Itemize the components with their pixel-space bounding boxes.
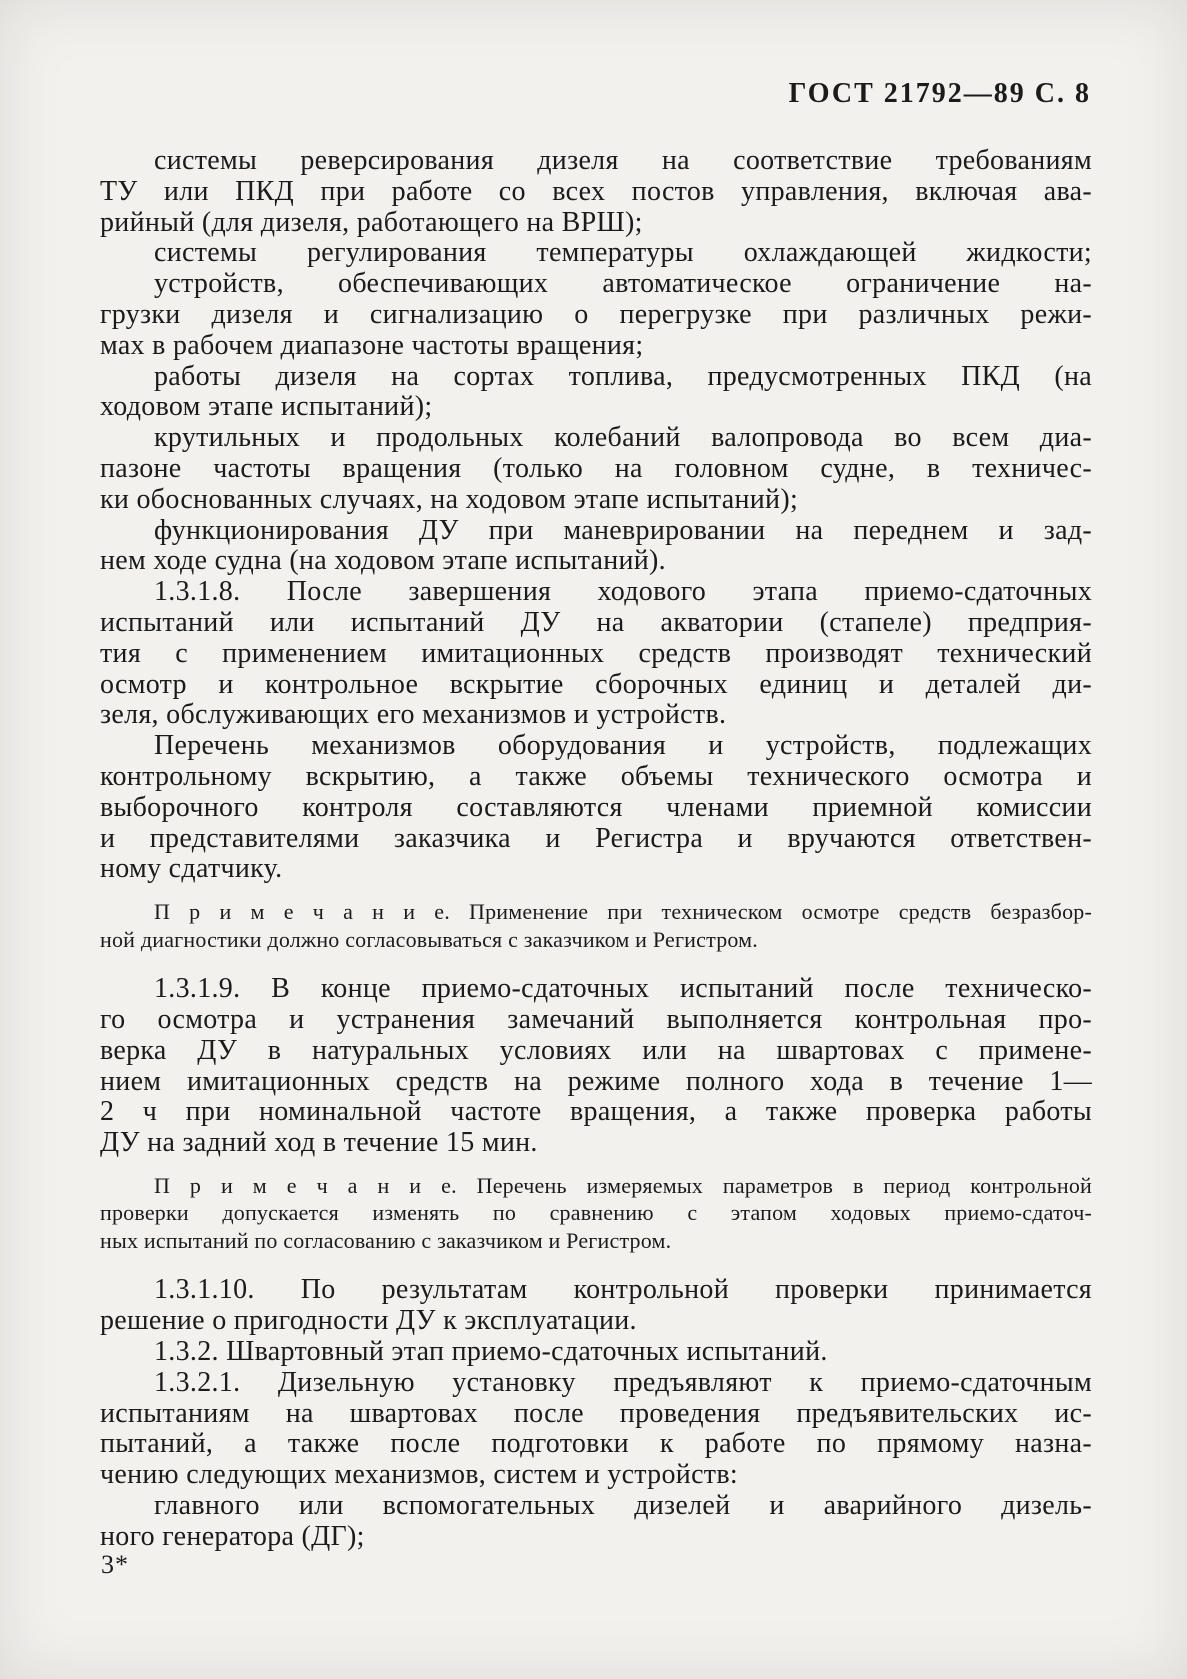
text-line: 1.3.1.9. В конце приемо-сдаточных испыта… [100, 974, 1092, 1005]
text-line: П р и м е ч а н и е. Применение при техн… [100, 898, 1092, 926]
text-line: ной диагностики должно согласовываться с… [100, 926, 1092, 954]
text-line: рийный (для дизеля, работающего на ВРШ); [100, 208, 1092, 239]
text-line: 1.3.2.1. Дизельную установку предъявляют… [100, 1368, 1092, 1399]
paragraph: системы регулирования температуры охлажд… [100, 238, 1092, 269]
text-line: ДУ на задний ход в течение 15 мин. [100, 1128, 1092, 1159]
text-line: грузки дизеля и сигнализацию о перегрузк… [100, 300, 1092, 331]
paragraph: главного или вспомогательных дизелей и а… [100, 1491, 1092, 1553]
text-line: работы дизеля на сортах топлива, предусм… [100, 362, 1092, 393]
text-line: и представителями заказчика и Регистра и… [100, 824, 1092, 855]
text-line: системы реверсирования дизеля на соответ… [100, 146, 1092, 177]
text-line: главного или вспомогательных дизелей и а… [100, 1491, 1092, 1522]
footer-signature-mark: 3* [101, 1550, 129, 1580]
note-block: П р и м е ч а н и е. Применение при техн… [100, 898, 1092, 953]
text-line: пытаний, а также после подготовки к рабо… [100, 1429, 1092, 1460]
paragraph: 1.3.2.1. Дизельную установку предъявляют… [100, 1368, 1092, 1491]
text-line: ходовом этапе испытаний); [100, 392, 1092, 423]
text-line: ТУ или ПКД при работе со всех постов упр… [100, 177, 1092, 208]
text-line: системы регулирования температуры охлажд… [100, 238, 1092, 269]
text-line: ных испытаний по согласованию с заказчик… [100, 1227, 1092, 1255]
document-body: системы реверсирования дизеля на соответ… [100, 146, 1092, 1553]
text-line: зеля, обслуживающих его механизмов и уст… [100, 700, 1092, 731]
paragraph: 1.3.2. Швартовный этап приемо-сдаточных … [100, 1337, 1092, 1368]
text-line: устройств, обеспечивающих автоматическое… [100, 269, 1092, 300]
text-line: тия с применением имитационных средств п… [100, 639, 1092, 670]
text-line: осмотр и контрольное вскрытие сборочных … [100, 670, 1092, 701]
text-line: решение о пригодности ДУ к эксплуатации. [100, 1306, 1092, 1337]
text-line: 1.3.1.10. По результатам контрольной про… [100, 1275, 1092, 1306]
paragraph: крутильных и продольных колебаний валопр… [100, 423, 1092, 515]
text-line: мах в рабочем диапазоне частоты вращения… [100, 331, 1092, 362]
text-line: Перечень механизмов оборудования и устро… [100, 731, 1092, 762]
text-line: контрольному вскрытию, а также объемы те… [100, 762, 1092, 793]
text-line: ного генератора (ДГ); [100, 1522, 1092, 1553]
text-line: испытаниям на швартовах после проведения… [100, 1399, 1092, 1430]
paragraph: функционирования ДУ при маневрировании н… [100, 516, 1092, 578]
paragraph: 1.3.1.10. По результатам контрольной про… [100, 1275, 1092, 1337]
paragraph: системы реверсирования дизеля на соответ… [100, 146, 1092, 238]
paragraph: 1.3.1.8. После завершения ходового этапа… [100, 577, 1092, 731]
text-line: чению следующих механизмов, систем и уст… [100, 1460, 1092, 1491]
text-line: функционирования ДУ при маневрировании н… [100, 516, 1092, 547]
text-line: нием имитационных средств на режиме полн… [100, 1067, 1092, 1098]
paragraph: устройств, обеспечивающих автоматическое… [100, 269, 1092, 361]
text-line: верка ДУ в натуральных условиях или на ш… [100, 1036, 1092, 1067]
text-line: выборочного контроля составляются членам… [100, 793, 1092, 824]
text-line: крутильных и продольных колебаний валопр… [100, 423, 1092, 454]
document-page: ГОСТ 21792—89 С. 8 системы реверсировани… [0, 0, 1187, 1679]
text-line: го осмотра и устранения замечаний выполн… [100, 1005, 1092, 1036]
text-line: П р и м е ч а н и е. Перечень измеряемых… [100, 1172, 1092, 1200]
paragraph: 1.3.1.9. В конце приемо-сдаточных испыта… [100, 974, 1092, 1159]
note-block: П р и м е ч а н и е. Перечень измеряемых… [100, 1172, 1092, 1255]
text-line: испытаний или испытаний ДУ на акватории … [100, 608, 1092, 639]
page-header: ГОСТ 21792—89 С. 8 [789, 78, 1091, 110]
paragraph: работы дизеля на сортах топлива, предусм… [100, 362, 1092, 424]
text-line: ки обоснованных случаях, на ходовом этап… [100, 485, 1092, 516]
text-line: 1.3.1.8. После завершения ходового этапа… [100, 577, 1092, 608]
paragraph: Перечень механизмов оборудования и устро… [100, 731, 1092, 885]
text-line: пазоне частоты вращения (только на голов… [100, 454, 1092, 485]
text-line: нем ходе судна (на ходовом этапе испытан… [100, 546, 1092, 577]
text-line: 2 ч при номинальной частоте вращения, а … [100, 1097, 1092, 1128]
text-line: проверки допускается изменять по сравнен… [100, 1199, 1092, 1227]
text-line: ному сдатчику. [100, 854, 1092, 885]
text-line: 1.3.2. Швартовный этап приемо-сдаточных … [100, 1337, 1092, 1368]
